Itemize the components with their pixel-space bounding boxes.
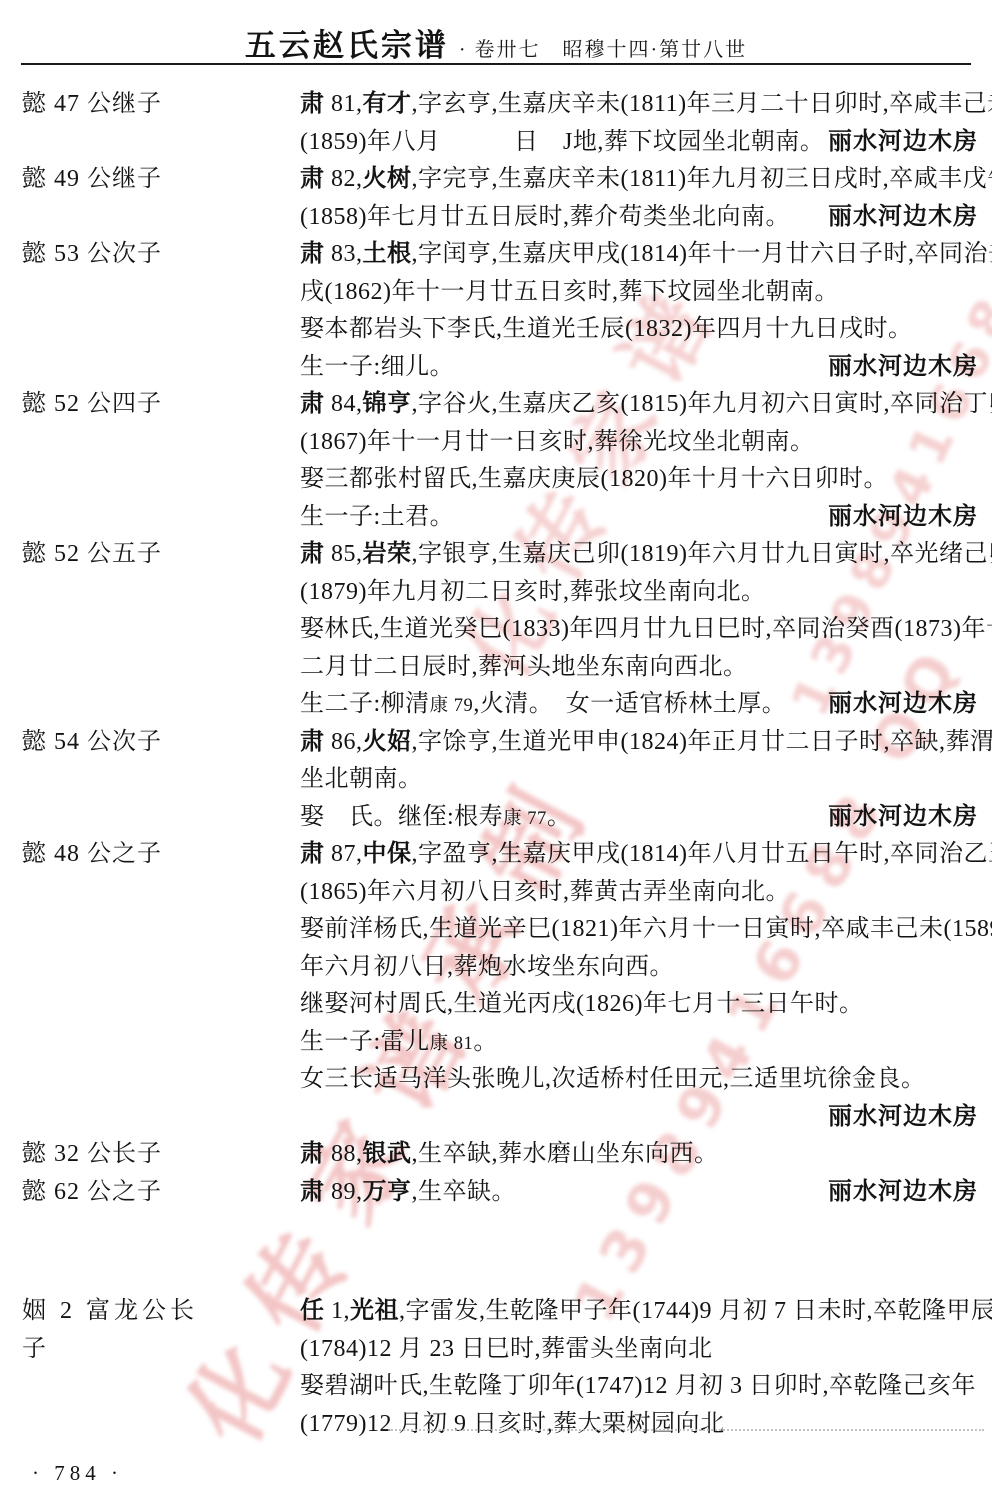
hall-label: 丽水河边木房: [828, 124, 978, 162]
entry-line: 娶三都张村留氏,生嘉庆庚辰(1820)年十月十六日卯时。: [300, 461, 978, 499]
hall-label: 丽水河边木房: [828, 1099, 978, 1137]
book-title: 五云赵氏宗谱: [245, 28, 449, 63]
entry-row: 姻 2 富龙公长子任 1,光祖,字雷发,生乾隆甲子年(1744)9 月初 7 日…: [22, 1293, 978, 1443]
entry-line: 二月廿二日辰时,葬河头地坐东南向西北。: [300, 649, 978, 687]
entry-row: 懿 54 公次子肃 86,火妱,字馀亨,生道光甲申(1824)年正月廿二日子时,…: [22, 724, 978, 837]
hall-label: 丽水河边木房: [828, 499, 978, 537]
entry-line: 继娶河村周氏,生道光丙戌(1826)年七月十三日午时。: [300, 986, 978, 1024]
header-rule: [21, 63, 971, 65]
page-number: · 784 ·: [32, 1461, 123, 1486]
entry-line: 女三长适马洋头张晚儿,次适桥村任田元,三适里坑徐金良。: [300, 1061, 978, 1099]
entry-line: 肃 82,火树,字完亨,生嘉庆辛未(1811)年九月初三日戌时,卒咸丰戊午: [300, 161, 978, 199]
entry-line: 肃 81,有才,字玄亨,生嘉庆辛未(1811)年三月二十日卯时,卒咸丰己未: [300, 86, 978, 124]
entry-label: 懿 49 公继子: [22, 161, 300, 236]
entry-row: 懿 52 公四子肃 84,锦亨,字谷火,生嘉庆乙亥(1815)年九月初六日寅时,…: [22, 386, 978, 536]
entry-content: 肃 86,火妱,字馀亨,生道光甲申(1824)年正月廿二日子时,卒缺,葬渭上坐北…: [300, 724, 978, 837]
entry-row: 懿 52 公五子肃 85,岩荣,字银亨,生嘉庆己卯(1819)年六月廿九日寅时,…: [22, 536, 978, 724]
entry-line: 生一子:细儿。丽水河边木房: [300, 349, 978, 387]
hall-label: 丽水河边木房: [828, 1174, 978, 1212]
entry-line: 娶林氏,生道光癸巳(1833)年四月廿九日巳时,卒同治癸酉(1873)年十: [300, 611, 978, 649]
entry-line: 肃 87,中保,字盈亨,生嘉庆甲戌(1814)年八月廿五日午时,卒同治乙丑: [300, 836, 978, 874]
entry-line: 肃 85,岩荣,字银亨,生嘉庆己卯(1819)年六月廿九日寅时,卒光绪己卯: [300, 536, 978, 574]
entry-label: 懿 32 公长子: [22, 1136, 300, 1174]
entries: 懿 47 公继子肃 81,有才,字玄亨,生嘉庆辛未(1811)年三月二十日卯时,…: [22, 86, 978, 1443]
entry-line: 生一子:雷儿康 81。: [300, 1024, 978, 1062]
entry-label: 懿 53 公次子: [22, 236, 300, 386]
entry-line: 肃 88,银武,生卒缺,葬水磨山坐东向西。: [300, 1136, 978, 1174]
entry-line: 肃 84,锦亨,字谷火,生嘉庆乙亥(1815)年九月初六日寅时,卒同治丁卯: [300, 386, 978, 424]
page-header: 五云赵氏宗谱· 卷卅七 昭穆十四·第廿八世: [0, 20, 992, 65]
entry-line: 生一子:土君。丽水河边木房: [300, 499, 978, 537]
entry-content: 肃 87,中保,字盈亨,生嘉庆甲戌(1814)年八月廿五日午时,卒同治乙丑(18…: [300, 836, 978, 1136]
entry-content: 肃 88,银武,生卒缺,葬水磨山坐东向西。: [300, 1136, 978, 1174]
entry-line: 肃 83,土根,字闰亨,生嘉庆甲戌(1814)年十一月廿六日子时,卒同治壬: [300, 236, 978, 274]
entry-content: 肃 83,土根,字闰亨,生嘉庆甲戌(1814)年十一月廿六日子时,卒同治壬戌(1…: [300, 236, 978, 386]
entry-line: (1879)年九月初二日亥时,葬张坟坐南向北。: [300, 574, 978, 612]
entry-line: 娶 氏。继侄:根寿康 77。丽水河边木房: [300, 799, 978, 837]
entry-content: 肃 89,万亨,生卒缺。丽水河边木房: [300, 1174, 978, 1212]
hall-label: 丽水河边木房: [828, 799, 978, 837]
entry-line: 娶前洋杨氏,生道光辛巳(1821)年六月十一日寅时,卒咸丰己未(1589): [300, 911, 978, 949]
dotted-divider: [388, 1429, 984, 1431]
hall-label: 丽水河边木房: [828, 686, 978, 724]
entry-line: 娶碧湖叶氏,生乾隆丁卯年(1747)12 月初 3 日卯时,卒乾隆己亥年: [300, 1368, 978, 1406]
entry-line: 丽水河边木房: [300, 1099, 978, 1137]
entry-content: 肃 81,有才,字玄亨,生嘉庆辛未(1811)年三月二十日卯时,卒咸丰己未(18…: [300, 86, 978, 161]
entry-row: 懿 53 公次子肃 83,土根,字闰亨,生嘉庆甲戌(1814)年十一月廿六日子时…: [22, 236, 978, 386]
entry-line: 肃 86,火妱,字馀亨,生道光甲申(1824)年正月廿二日子时,卒缺,葬渭上: [300, 724, 978, 762]
entry-line: (1784)12 月 23 日巳时,葬雷头坐南向北: [300, 1331, 978, 1369]
entry-row: 懿 49 公继子肃 82,火树,字完亨,生嘉庆辛未(1811)年九月初三日戌时,…: [22, 161, 978, 236]
entry-label: 懿 62 公之子: [22, 1174, 300, 1212]
hall-label: 丽水河边木房: [828, 349, 978, 387]
entry-line: 坐北朝南。: [300, 761, 978, 799]
entry-row: 懿 47 公继子肃 81,有才,字玄亨,生嘉庆辛未(1811)年三月二十日卯时,…: [22, 86, 978, 161]
entry-line: 肃 89,万亨,生卒缺。丽水河边木房: [300, 1174, 978, 1212]
entry-content: 肃 85,岩荣,字银亨,生嘉庆己卯(1819)年六月廿九日寅时,卒光绪己卯(18…: [300, 536, 978, 724]
entry-label: 懿 52 公四子: [22, 386, 300, 536]
entry-line: 生二子:柳清康 79,火清。 女一适官桥林土厚。丽水河边木房: [300, 686, 978, 724]
entry-line: 娶本都岩头下李氏,生道光壬辰(1832)年四月十九日戌时。: [300, 311, 978, 349]
entry-row: 懿 48 公之子肃 87,中保,字盈亨,生嘉庆甲戌(1814)年八月廿五日午时,…: [22, 836, 978, 1136]
entry-content: 肃 84,锦亨,字谷火,生嘉庆乙亥(1815)年九月初六日寅时,卒同治丁卯(18…: [300, 386, 978, 536]
entry-label: 懿 54 公次子: [22, 724, 300, 837]
entry-line: 任 1,光祖,字雷发,生乾隆甲子年(1744)9 月初 7 日未时,卒乾隆甲辰年: [300, 1293, 978, 1331]
entry-row: 懿 62 公之子肃 89,万亨,生卒缺。丽水河边木房: [22, 1174, 978, 1212]
entry-label: 懿 52 公五子: [22, 536, 300, 724]
entry-row: 懿 32 公长子肃 88,银武,生卒缺,葬水磨山坐东向西。: [22, 1136, 978, 1174]
entry-line: (1779)12 月初 9 日亥时,葬大栗树园向北: [300, 1406, 978, 1444]
entry-line: 年六月初八日,葬炮水垵坐东向西。: [300, 949, 978, 987]
entry-label: 姻 2 富龙公长子: [22, 1293, 300, 1443]
entry-content: 肃 82,火树,字完亨,生嘉庆辛未(1811)年九月初三日戌时,卒咸丰戊午(18…: [300, 161, 978, 236]
volume-subtitle: · 卷卅七 昭穆十四·第廿八世: [459, 39, 747, 61]
entry-line: (1867)年十一月廿一日亥时,葬徐光坟坐北朝南。: [300, 424, 978, 462]
entry-line: (1858)年七月廿五日辰时,葬介苟类坐北向南。丽水河边木房: [300, 199, 978, 237]
hall-label: 丽水河边木房: [828, 199, 978, 237]
entry-line: (1859)年八月 日 J地,葬下坟园坐北朝南。丽水河边木房: [300, 124, 978, 162]
entry-line: (1865)年六月初八日亥时,葬黄古弄坐南向北。: [300, 874, 978, 912]
entry-label: 懿 48 公之子: [22, 836, 300, 1136]
entry-content: 任 1,光祖,字雷发,生乾隆甲子年(1744)9 月初 7 日未时,卒乾隆甲辰年…: [300, 1293, 978, 1443]
entry-label: 懿 47 公继子: [22, 86, 300, 161]
entry-line: 戌(1862)年十一月廿五日亥时,葬下坟园坐北朝南。: [300, 274, 978, 312]
